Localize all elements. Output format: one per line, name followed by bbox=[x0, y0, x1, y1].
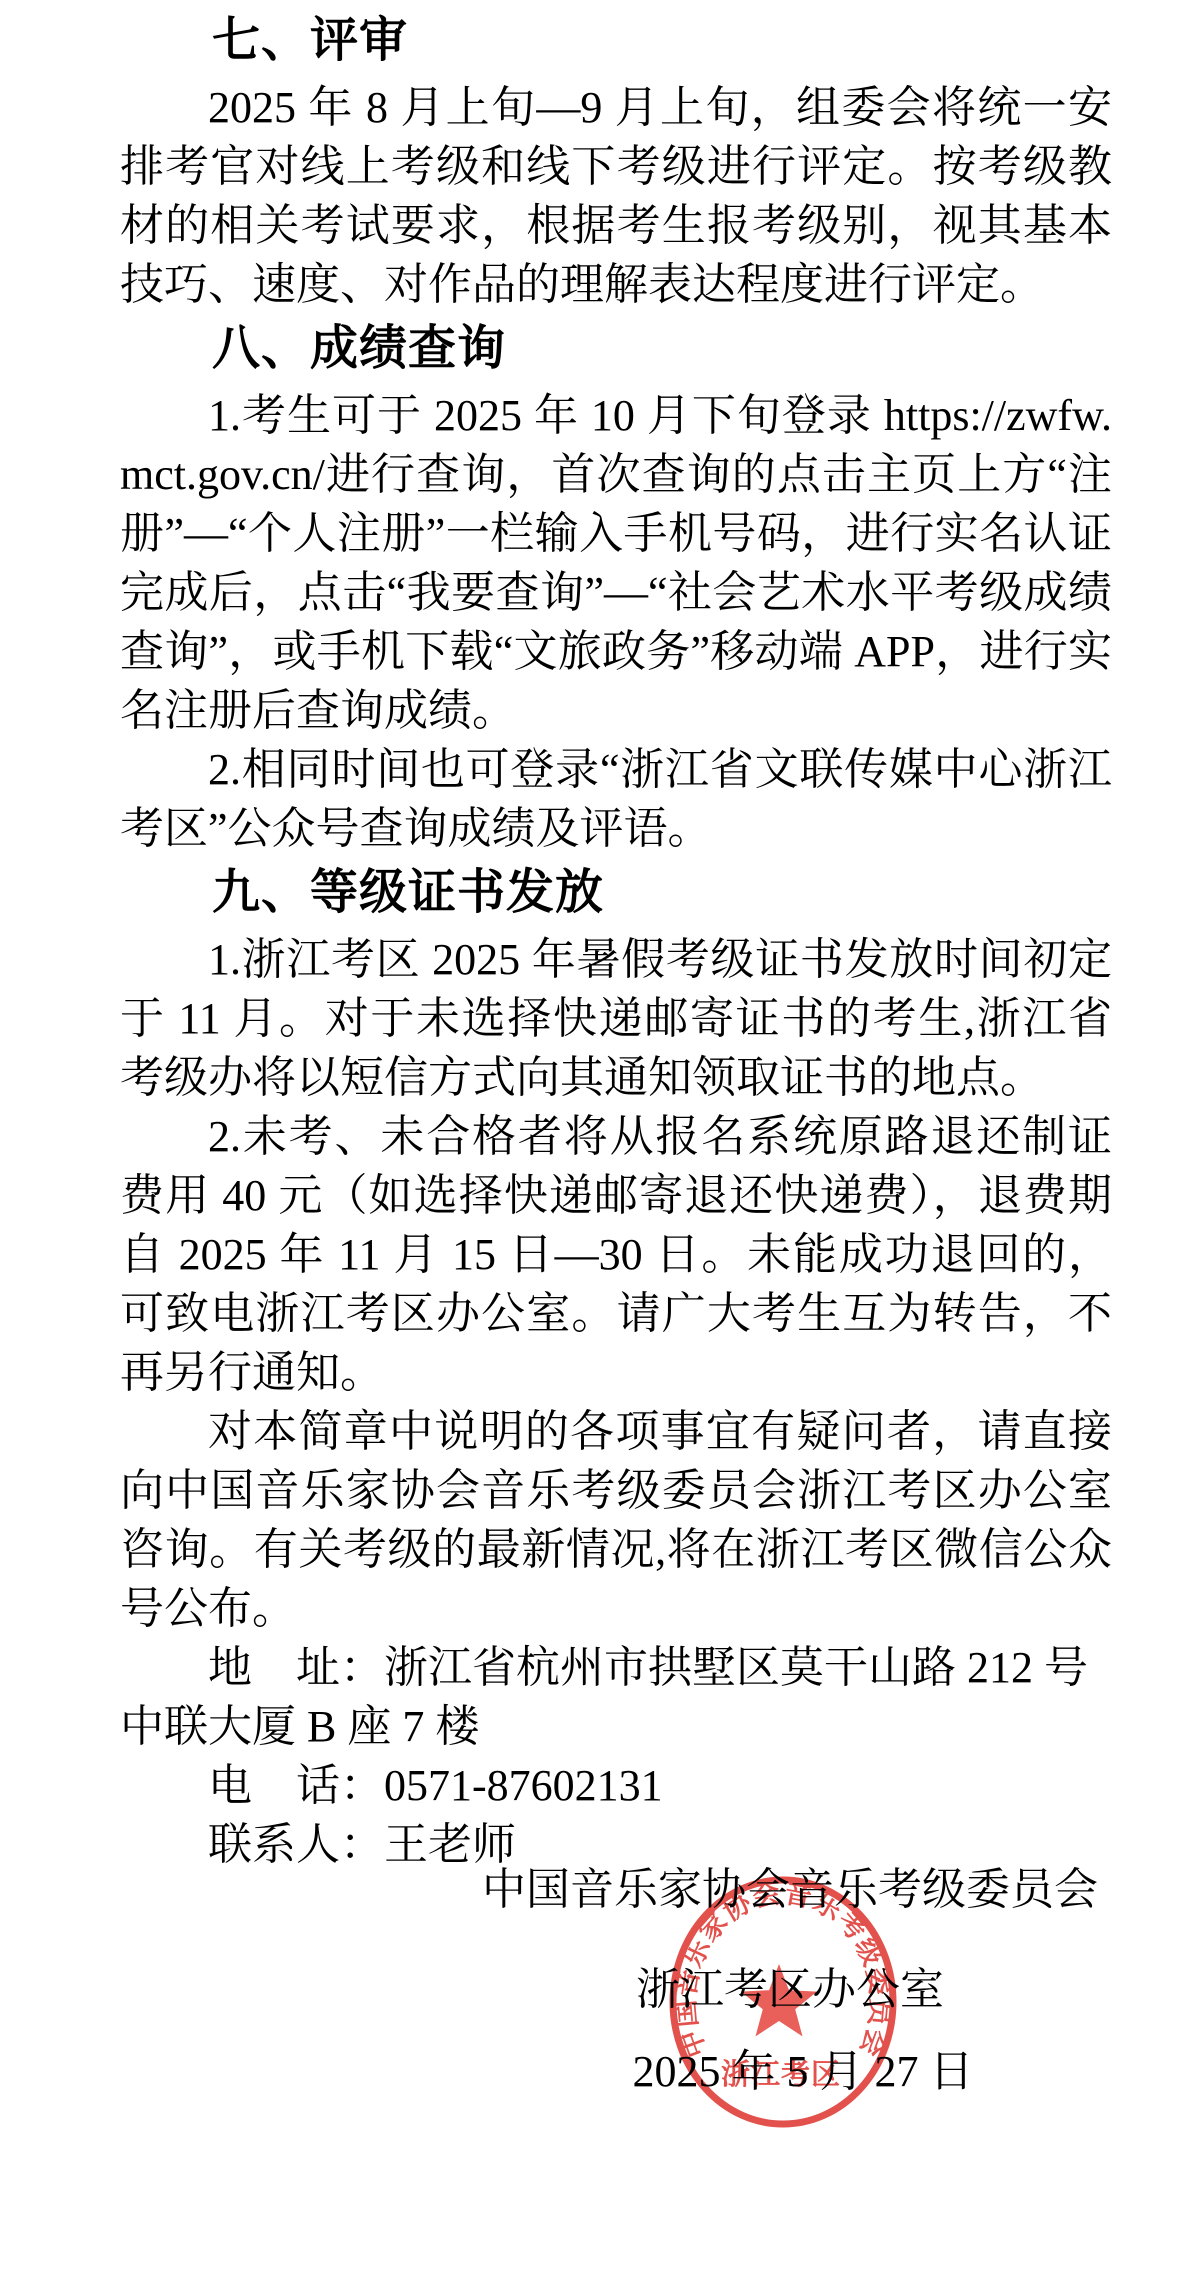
paragraph-score-inquiry-2: 2.相同时间也可登录“浙江省文联传媒中心浙江考区”公众号查询成绩及评语。 bbox=[120, 740, 1112, 858]
signature-block: 中国音乐家协会音乐考级委员会 浙江考区办公室 2025 年 5 月 27 日 bbox=[385, 1860, 1195, 2102]
address-line: 地 址：浙江省杭州市拱墅区莫干山路 212 号中联大厦 B 座 7 楼 bbox=[120, 1638, 1112, 1756]
section-heading-8-score-inquiry: 八、成绩查询 bbox=[120, 316, 1112, 382]
paragraph-score-inquiry-1: 1.考生可于 2025 年 10 月下旬登录 https://zwfw.mct.… bbox=[120, 386, 1112, 740]
paragraph-review: 2025 年 8 月上旬—9 月上旬，组委会将统一安排考官对线上考级和线下考级进… bbox=[120, 78, 1112, 314]
document-page: 七、评审 2025 年 8 月上旬—9 月上旬，组委会将统一安排考官对线上考级和… bbox=[0, 0, 1200, 2285]
signature-org: 中国音乐家协会音乐考级委员会 bbox=[385, 1860, 1195, 1920]
signature-office: 浙江考区办公室 bbox=[385, 1960, 1195, 2020]
section-heading-7-review: 七、评审 bbox=[120, 8, 1112, 74]
phone-line: 电 话：0571-87602131 bbox=[120, 1756, 1112, 1815]
paragraph-certificate-1: 1.浙江考区 2025 年暑假考级证书发放时间初定于 11 月。对于未选择快递邮… bbox=[120, 930, 1112, 1107]
section-heading-9-certificate-issuance: 九、等级证书发放 bbox=[120, 860, 1112, 926]
signature-date: 2025 年 5 月 27 日 bbox=[385, 2042, 1195, 2102]
document-body: 七、评审 2025 年 8 月上旬—9 月上旬，组委会将统一安排考官对线上考级和… bbox=[120, 6, 1112, 1874]
paragraph-certificate-2: 2.未考、未合格者将从报名系统原路退还制证费用 40 元（如选择快递邮寄退还快递… bbox=[120, 1107, 1112, 1402]
paragraph-inquiries-notice: 对本简章中说明的各项事宜有疑问者，请直接向中国音乐家协会音乐考级委员会浙江考区办… bbox=[120, 1402, 1112, 1638]
